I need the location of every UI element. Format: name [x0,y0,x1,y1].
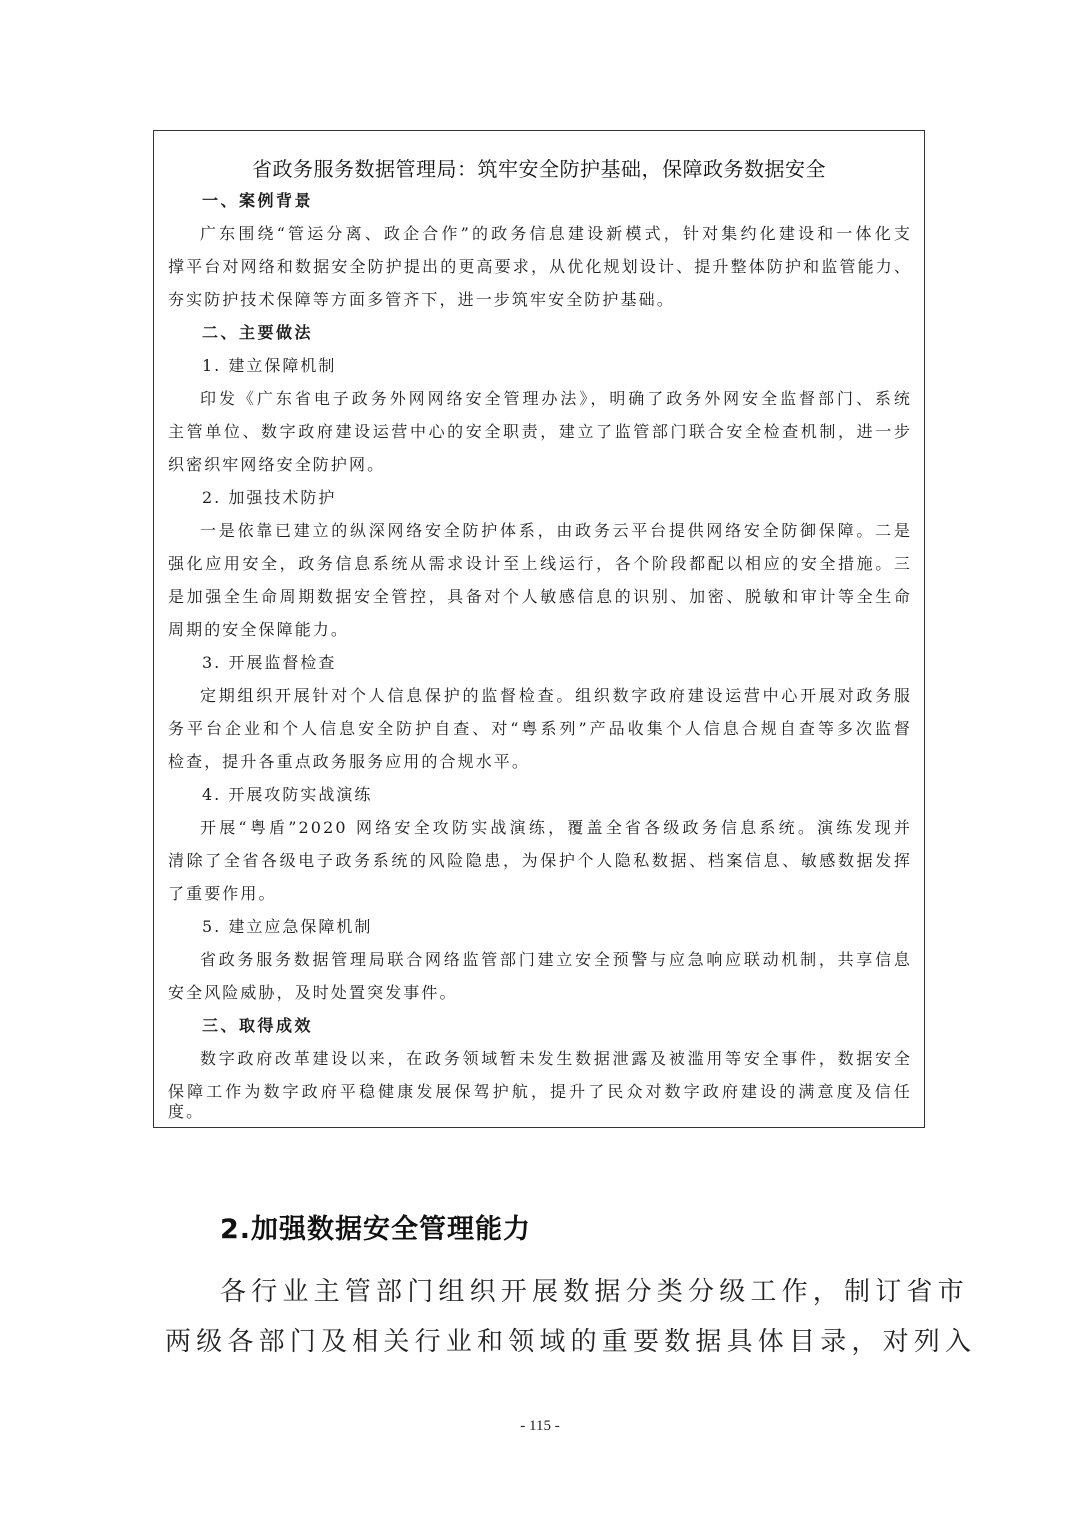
measure-title: 3. 开展监督检查 [202,653,912,673]
paragraph-line: 检查，提升各重点政务服务应用的合规水平。 [168,752,912,772]
heading-results: 三、取得成效 [202,1016,912,1036]
paragraph-line: 度。 [168,1102,912,1122]
paragraph-line: 是加强全生命周期数据安全管控，具备对个人敏感信息的识别、加密、脱敏和审计等全生命 [168,587,912,607]
paragraph-line: 主管单位、数字政府建设运营中心的安全职责，建立了监管部门联合安全检查机制，进一步 [168,422,912,442]
paragraph-line: 务平台企业和个人信息安全防护自查、对“粤系列”产品收集个人信息合规自查等多次监督 [168,719,912,739]
body-paragraph-line: 两级各部门及相关行业和领域的重要数据具体目录，对列入 [165,1325,976,1359]
paragraph-line: 清除了全省各级电子政务系统的风险隐患，为保护个人隐私数据、档案信息、敏感数据发挥 [168,851,912,871]
body-paragraph-line: 各行业主管部门组织开展数据分类分级工作，制订省市 [220,1275,969,1309]
page-number: - 115 - [0,1418,1080,1435]
case-study-box: 省政务服务数据管理局：筑牢安全防护基础，保障政务数据安全 一、案例背景 广东围绕… [153,130,925,1128]
paragraph-line: 了重要作用。 [168,884,912,904]
paragraph-line: 定期组织开展针对个人信息保护的监督检查。组织数字政府建设运营中心开展对政务服 [200,686,912,706]
paragraph-line: 数字政府改革建设以来，在政务领域暂未发生数据泄露及被滥用等安全事件，数据安全 [200,1049,912,1069]
paragraph-line: 周期的安全保障能力。 [168,620,912,640]
paragraph-line: 一是依靠已建立的纵深网络安全防护体系，由政务云平台提供网络安全防御保障。二是 [200,521,912,541]
paragraph-line: 安全风险威胁，及时处置突发事件。 [168,983,912,1003]
paragraph-line: 夯实防护技术保障等方面多管齐下，进一步筑牢安全防护基础。 [168,290,912,310]
measure-title: 1. 建立保障机制 [202,356,912,376]
paragraph-line: 广东围绕“管运分离、政企合作”的政务信息建设新模式，针对集约化建设和一体化支 [200,224,912,244]
paragraph-line: 织密织牢网络安全防护网。 [168,455,912,475]
section-title: 2.加强数据安全管理能力 [220,1207,531,1246]
paragraph-line: 开展“粤盾”2020 网络安全攻防实战演练，覆盖全省各级政务信息系统。演练发现并 [200,818,912,838]
paragraph-line: 撑平台对网络和数据安全防护提出的更高要求，从优化规划设计、提升整体防护和监管能力… [168,257,912,277]
heading-measures: 二、主要做法 [202,323,912,343]
case-title: 省政务服务数据管理局：筑牢安全防护基础，保障政务数据安全 [154,153,924,182]
measure-title: 5. 建立应急保障机制 [202,917,912,937]
measure-title: 2. 加强技术防护 [202,488,912,508]
paragraph-line: 强化应用安全，政务信息系统从需求设计至上线运行，各个阶段都配以相应的安全措施。三 [168,554,912,574]
paragraph-line: 省政务服务数据管理局联合网络监管部门建立安全预警与应急响应联动机制，共享信息 [200,950,912,970]
paragraph-line: 印发《广东省电子政务外网网络安全管理办法》，明确了政务外网安全监督部门、系统 [200,389,912,409]
heading-background: 一、案例背景 [202,191,912,211]
measure-title: 4. 开展攻防实战演练 [202,785,912,805]
paragraph-line: 保障工作为数字政府平稳健康发展保驾护航，提升了民众对数字政府建设的满意度及信任 [168,1082,912,1102]
